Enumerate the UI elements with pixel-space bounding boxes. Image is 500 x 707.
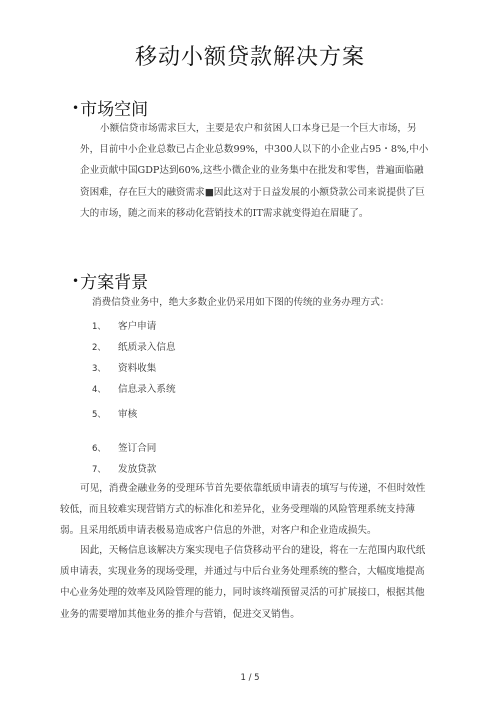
market-paragraph: 小额信贷市场需求巨大，主要是农户和贫困人口本身已是一个巨大市场，另外，目前中小企… bbox=[80, 118, 430, 224]
page-number: 1 / 5 bbox=[0, 673, 500, 683]
list-item: 6、签订合同 bbox=[92, 440, 156, 454]
heading-text: 方案背景 bbox=[80, 273, 148, 293]
section-heading-background: •方案背景 bbox=[72, 268, 148, 293]
list-item: 3、资料收集 bbox=[92, 360, 156, 374]
analysis-paragraph-text: 可见，消费金融业务的受理环节首先要依靠纸质申请表的填写与传递，不但时效性较低，而… bbox=[60, 483, 425, 536]
bullet-icon: • bbox=[72, 101, 79, 115]
list-item: 5、审核 bbox=[92, 406, 137, 420]
list-item: 1、客户申请 bbox=[92, 318, 156, 332]
list-item: 4、信息录入系统 bbox=[92, 381, 176, 395]
heading-text: 市场空间 bbox=[80, 100, 148, 120]
list-item: 2、纸质录入信息 bbox=[92, 339, 176, 353]
document-title: 移动小额贷款解决方案 bbox=[0, 40, 500, 71]
analysis-paragraph: 可见，消费金融业务的受理环节首先要依靠纸质申请表的填写与传递，不但时效性较低，而… bbox=[60, 478, 432, 542]
background-intro: 消费信贷业务中，绝大多数企业仍采用如下图的传统的业务办理方式： bbox=[92, 292, 442, 313]
bullet-icon: • bbox=[72, 274, 79, 288]
solution-paragraph-text: 因此，天畅信息该解决方案实现电子信贷移动平台的建设，将在一左范围内取代纸质申请表… bbox=[60, 545, 425, 620]
list-item: 7、发放贷款 bbox=[92, 461, 156, 475]
solution-paragraph: 因此，天畅信息该解决方案实现电子信贷移动平台的建设，将在一左范围内取代纸质申请表… bbox=[60, 540, 432, 625]
market-paragraph-text: 小额信贷市场需求巨大，主要是农户和贫困人口本身已是一个巨大市场，另外，目前中小企… bbox=[80, 123, 428, 219]
section-heading-market: •市场空间 bbox=[72, 95, 148, 120]
